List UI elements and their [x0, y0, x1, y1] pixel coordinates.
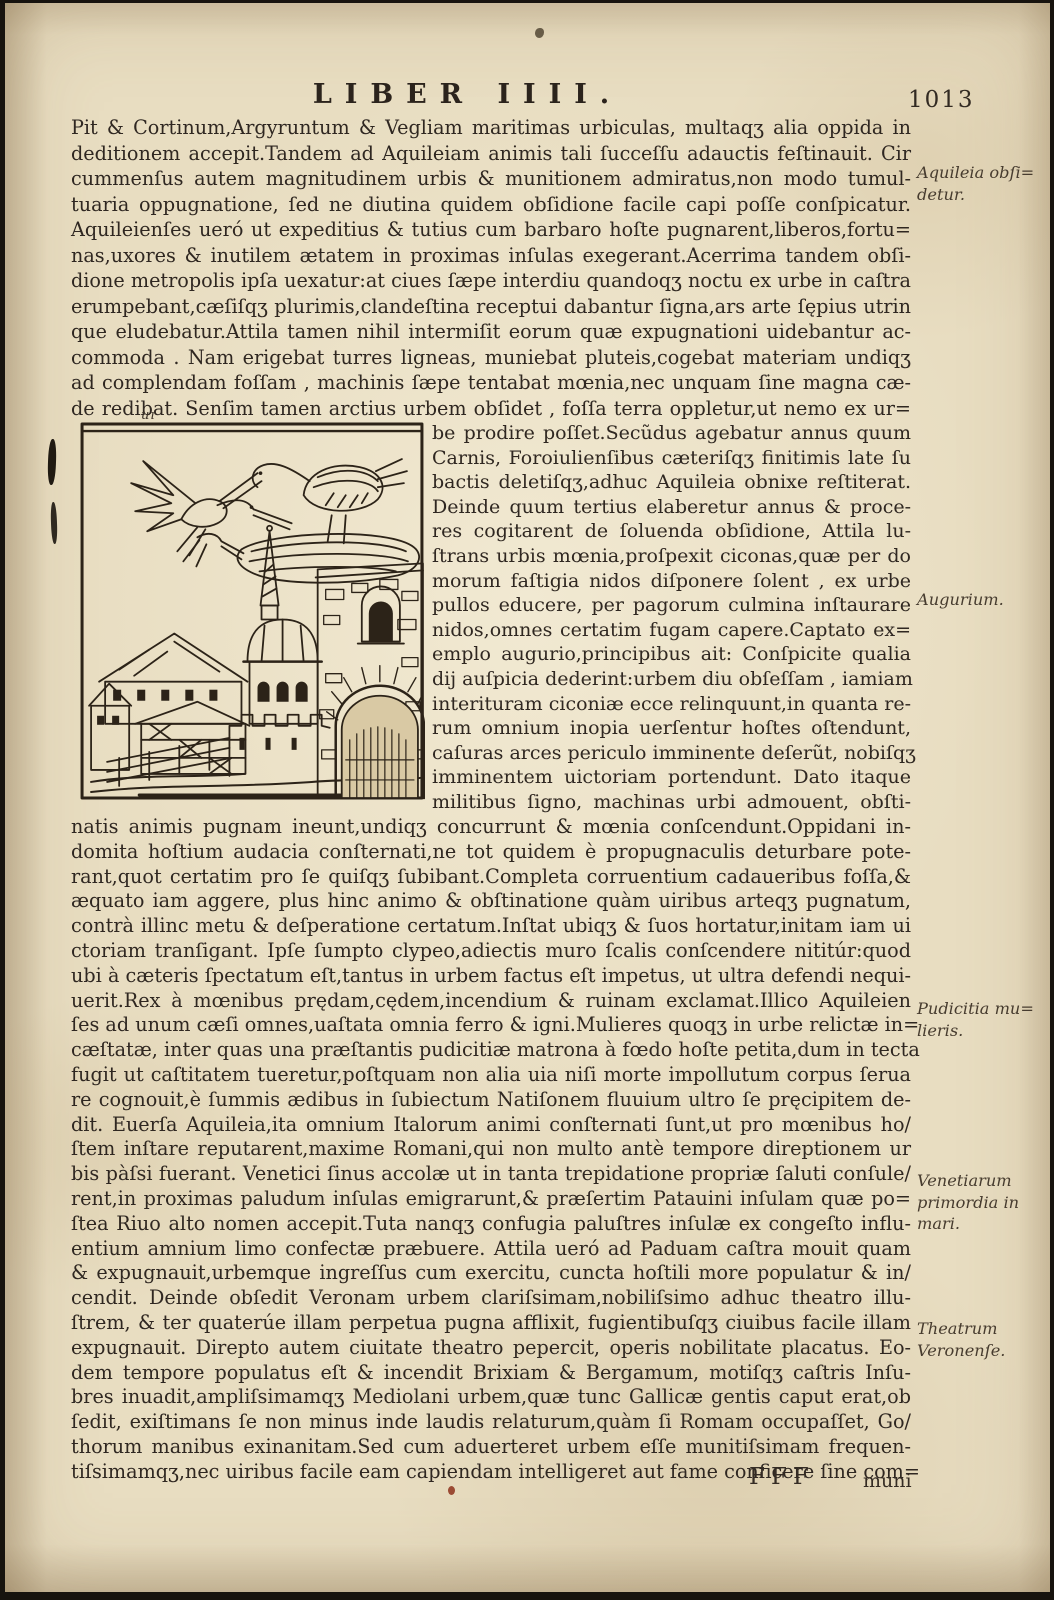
- text-line: interituram ciconiæ ecce relinquunt,in q…: [432, 692, 911, 717]
- margin-note-theatrum-veronense: TheatrumVeronenſe.: [917, 1318, 1051, 1361]
- text-line: commoda . Nam erigebat turres ligneas, m…: [71, 345, 911, 371]
- margin-note-line: mari.: [917, 1213, 1051, 1235]
- text-line: natis animis pugnam ineunt,undiqʒ concur…: [71, 815, 911, 840]
- quire-signature: FFF: [749, 1464, 815, 1490]
- text-line: cummenſus autem magnitudinem urbis & mun…: [71, 166, 911, 192]
- margin-note-line: Augurium.: [917, 589, 1051, 611]
- running-title: LIBER IIII.: [5, 79, 930, 110]
- text-line: erumpebant,cæſiſqʒ plurimis,clandeſtina …: [71, 294, 911, 320]
- margin-ink-stroke: [47, 439, 57, 485]
- text-line: rent,in proximas paludum inſulas emigrar…: [71, 1187, 911, 1212]
- text-line: dem tempore populatus eſt & incendit Bri…: [71, 1361, 911, 1386]
- text-line: & expugnauit,urbemque ingreſſus cum exer…: [71, 1261, 911, 1286]
- margin-note-line: Theatrum: [917, 1318, 1051, 1340]
- text-line: ad complendam foſſam , machinis ſæpe ten…: [71, 370, 911, 396]
- margin-note-line: Veronenſe.: [917, 1340, 1051, 1362]
- margin-note-pudicitia-mulieris: Pudicitia mu=lieris.: [917, 998, 1051, 1041]
- text-line: contrà illinc metu & deſperatione certat…: [71, 914, 911, 939]
- woodcut-svg: [79, 419, 425, 803]
- text-line: ctoriam tranſigant. Ipſe ſumpto clypeo,a…: [71, 939, 911, 964]
- margin-note-line: detur.: [917, 184, 1051, 206]
- text-line: ſtea Riuo alto nomen accepit.Tuta nanqʒ …: [71, 1212, 911, 1237]
- text-line: tuaria oppugnatione, ſed ne diutina quid…: [71, 192, 911, 218]
- town-houses: [89, 634, 249, 774]
- woodcut-illustration: [79, 419, 425, 803]
- text-line: pullos educere, per pagorum culmina inſt…: [432, 593, 911, 618]
- text-line: uerit.Rex à mœnibus prędam,cędem,incendi…: [71, 989, 911, 1014]
- text-line: imminentem uictoriam portendunt. Dato it…: [432, 765, 911, 790]
- margin-note-augurium: Augurium.: [917, 589, 1051, 611]
- text-line: cendit. Deinde obſedit Veronam urbem cla…: [71, 1286, 911, 1311]
- stork-on-nest: [219, 459, 406, 543]
- body-text-bottom: natis animis pugnam ineunt,undiqʒ concur…: [71, 815, 911, 1485]
- margin-note-line: lieris.: [917, 1020, 1051, 1042]
- church-dome-and-spire: [243, 526, 321, 724]
- margin-ink-stroke: [50, 502, 57, 544]
- text-line: caſuras arces periculo imminente deſerũt…: [432, 741, 911, 766]
- text-line: be prodire poſſet.Secũdus agebatur annus…: [432, 421, 911, 446]
- text-line: entium amnium limo confectæ præbuere. At…: [71, 1237, 911, 1262]
- body-text-top: Pit & Cortinum,Argyruntum & Vegliam mari…: [71, 115, 911, 421]
- text-line: nas,uxores & inutilem ætatem in proximas…: [71, 243, 911, 269]
- text-line: Deinde quum tertius elaberetur annus & p…: [432, 495, 911, 520]
- body-text-beside-woodcut: be prodire poſſet.Secũdus agebatur annus…: [432, 421, 911, 815]
- text-line: bis pàſsi fuerant. Venetici ſinus accolæ…: [71, 1162, 911, 1187]
- text-line: expugnauit. Direpto autem ciuitate theat…: [71, 1336, 911, 1361]
- text-line: ſtem inſtare reputarent,maxime Romani,qu…: [71, 1137, 911, 1162]
- red-ink-speck: [448, 1486, 455, 1495]
- text-line: re cognouit,è ſummis ædibus in ſubiectum…: [71, 1088, 911, 1113]
- gate-tower: [316, 563, 424, 798]
- text-line: ſes ad unum cæſi omnes,uaſtata omnia fer…: [71, 1013, 911, 1038]
- text-line: morum faſtigia nidos diſponere ſolent , …: [432, 569, 911, 594]
- text-line: dione metropolis ipſa uexatur:at ciues ſ…: [71, 268, 911, 294]
- book-page: LIBER IIII. 1013 Pit & Cortinum,Argyrunt…: [5, 3, 1050, 1592]
- margin-note-line: Venetiarum: [917, 1170, 1051, 1192]
- text-line: que eludebatur.Attila tamen nihil interm…: [71, 319, 911, 345]
- text-line: rum omnium inopia uerſentur hoſtes oſten…: [432, 716, 911, 741]
- ink-spot: [535, 28, 544, 38]
- text-line: militibus ſigno, machinas urbi admouent,…: [432, 790, 911, 815]
- text-line: Pit & Cortinum,Argyruntum & Vegliam mari…: [71, 115, 911, 141]
- text-line: fugit ut caſtitatem tueretur,poſtquam no…: [71, 1063, 911, 1088]
- text-line: Carnis, Foroiulienſibus cæteriſqʒ finiti…: [432, 446, 911, 471]
- text-line: ubi à cæteris ſpectatum eſt,tantus in ur…: [71, 964, 911, 989]
- text-line: bactis deletiſqʒ,adhuc Aquileia obnixe r…: [432, 470, 911, 495]
- text-line: nidos,omnes certatim fugam capere.Captat…: [432, 618, 911, 643]
- margin-note-aquileia-obsidetur: Aquileia obſi=detur.: [917, 162, 1051, 205]
- text-line: domita hoſtium audacia conſternati,ne to…: [71, 840, 911, 865]
- page-number: 1013: [908, 87, 975, 113]
- text-line: Aquileienſes ueró ut expeditius & tutius…: [71, 217, 911, 243]
- text-line: ſedit, exiſtimans ſe non minus inde laud…: [71, 1410, 911, 1435]
- text-line: æquato iam aggere, plus hinc animo & obſ…: [71, 889, 911, 914]
- text-line: dit. Euerſa Aquileia,ita omnium Italorum…: [71, 1113, 911, 1138]
- text-line: emplo augurio,principibus ait: Conſpicit…: [432, 642, 911, 667]
- margin-note-venetiarum-primordia: Venetiarumprimordia inmari.: [917, 1170, 1051, 1235]
- text-line: dij auſpicia dederint:urbem diu obſeſſam…: [432, 667, 911, 692]
- margin-note-line: Pudicitia mu=: [917, 998, 1051, 1020]
- text-line: ſtrem, & ter quaterúe illam perpetua pug…: [71, 1311, 911, 1336]
- text-line: de redibat. Senſim tamen arctius urbem o…: [71, 396, 911, 422]
- text-line: ſtrans urbis mœnia,proſpexit ciconas,quæ…: [432, 544, 911, 569]
- margin-note-line: Aquileia obſi=: [917, 162, 1051, 184]
- catchword: muni: [863, 1470, 912, 1492]
- text-line: rant,quot certatim pro ſe quiſqʒ ſubiban…: [71, 865, 911, 890]
- text-line: cæſtatæ, inter quas una præſtantis pudic…: [71, 1038, 911, 1063]
- margin-note-line: primordia in: [917, 1192, 1051, 1214]
- text-line: res cogitarent de ſoluenda obſidione, At…: [432, 519, 911, 544]
- text-line: bres inuadit,ampliſsimamqʒ Mediolani urb…: [71, 1385, 911, 1410]
- text-line: thorum manibus exinanitam.Sed cum aduert…: [71, 1435, 911, 1460]
- text-line: deditionem accepit.Tandem ad Aquileiam a…: [71, 141, 911, 167]
